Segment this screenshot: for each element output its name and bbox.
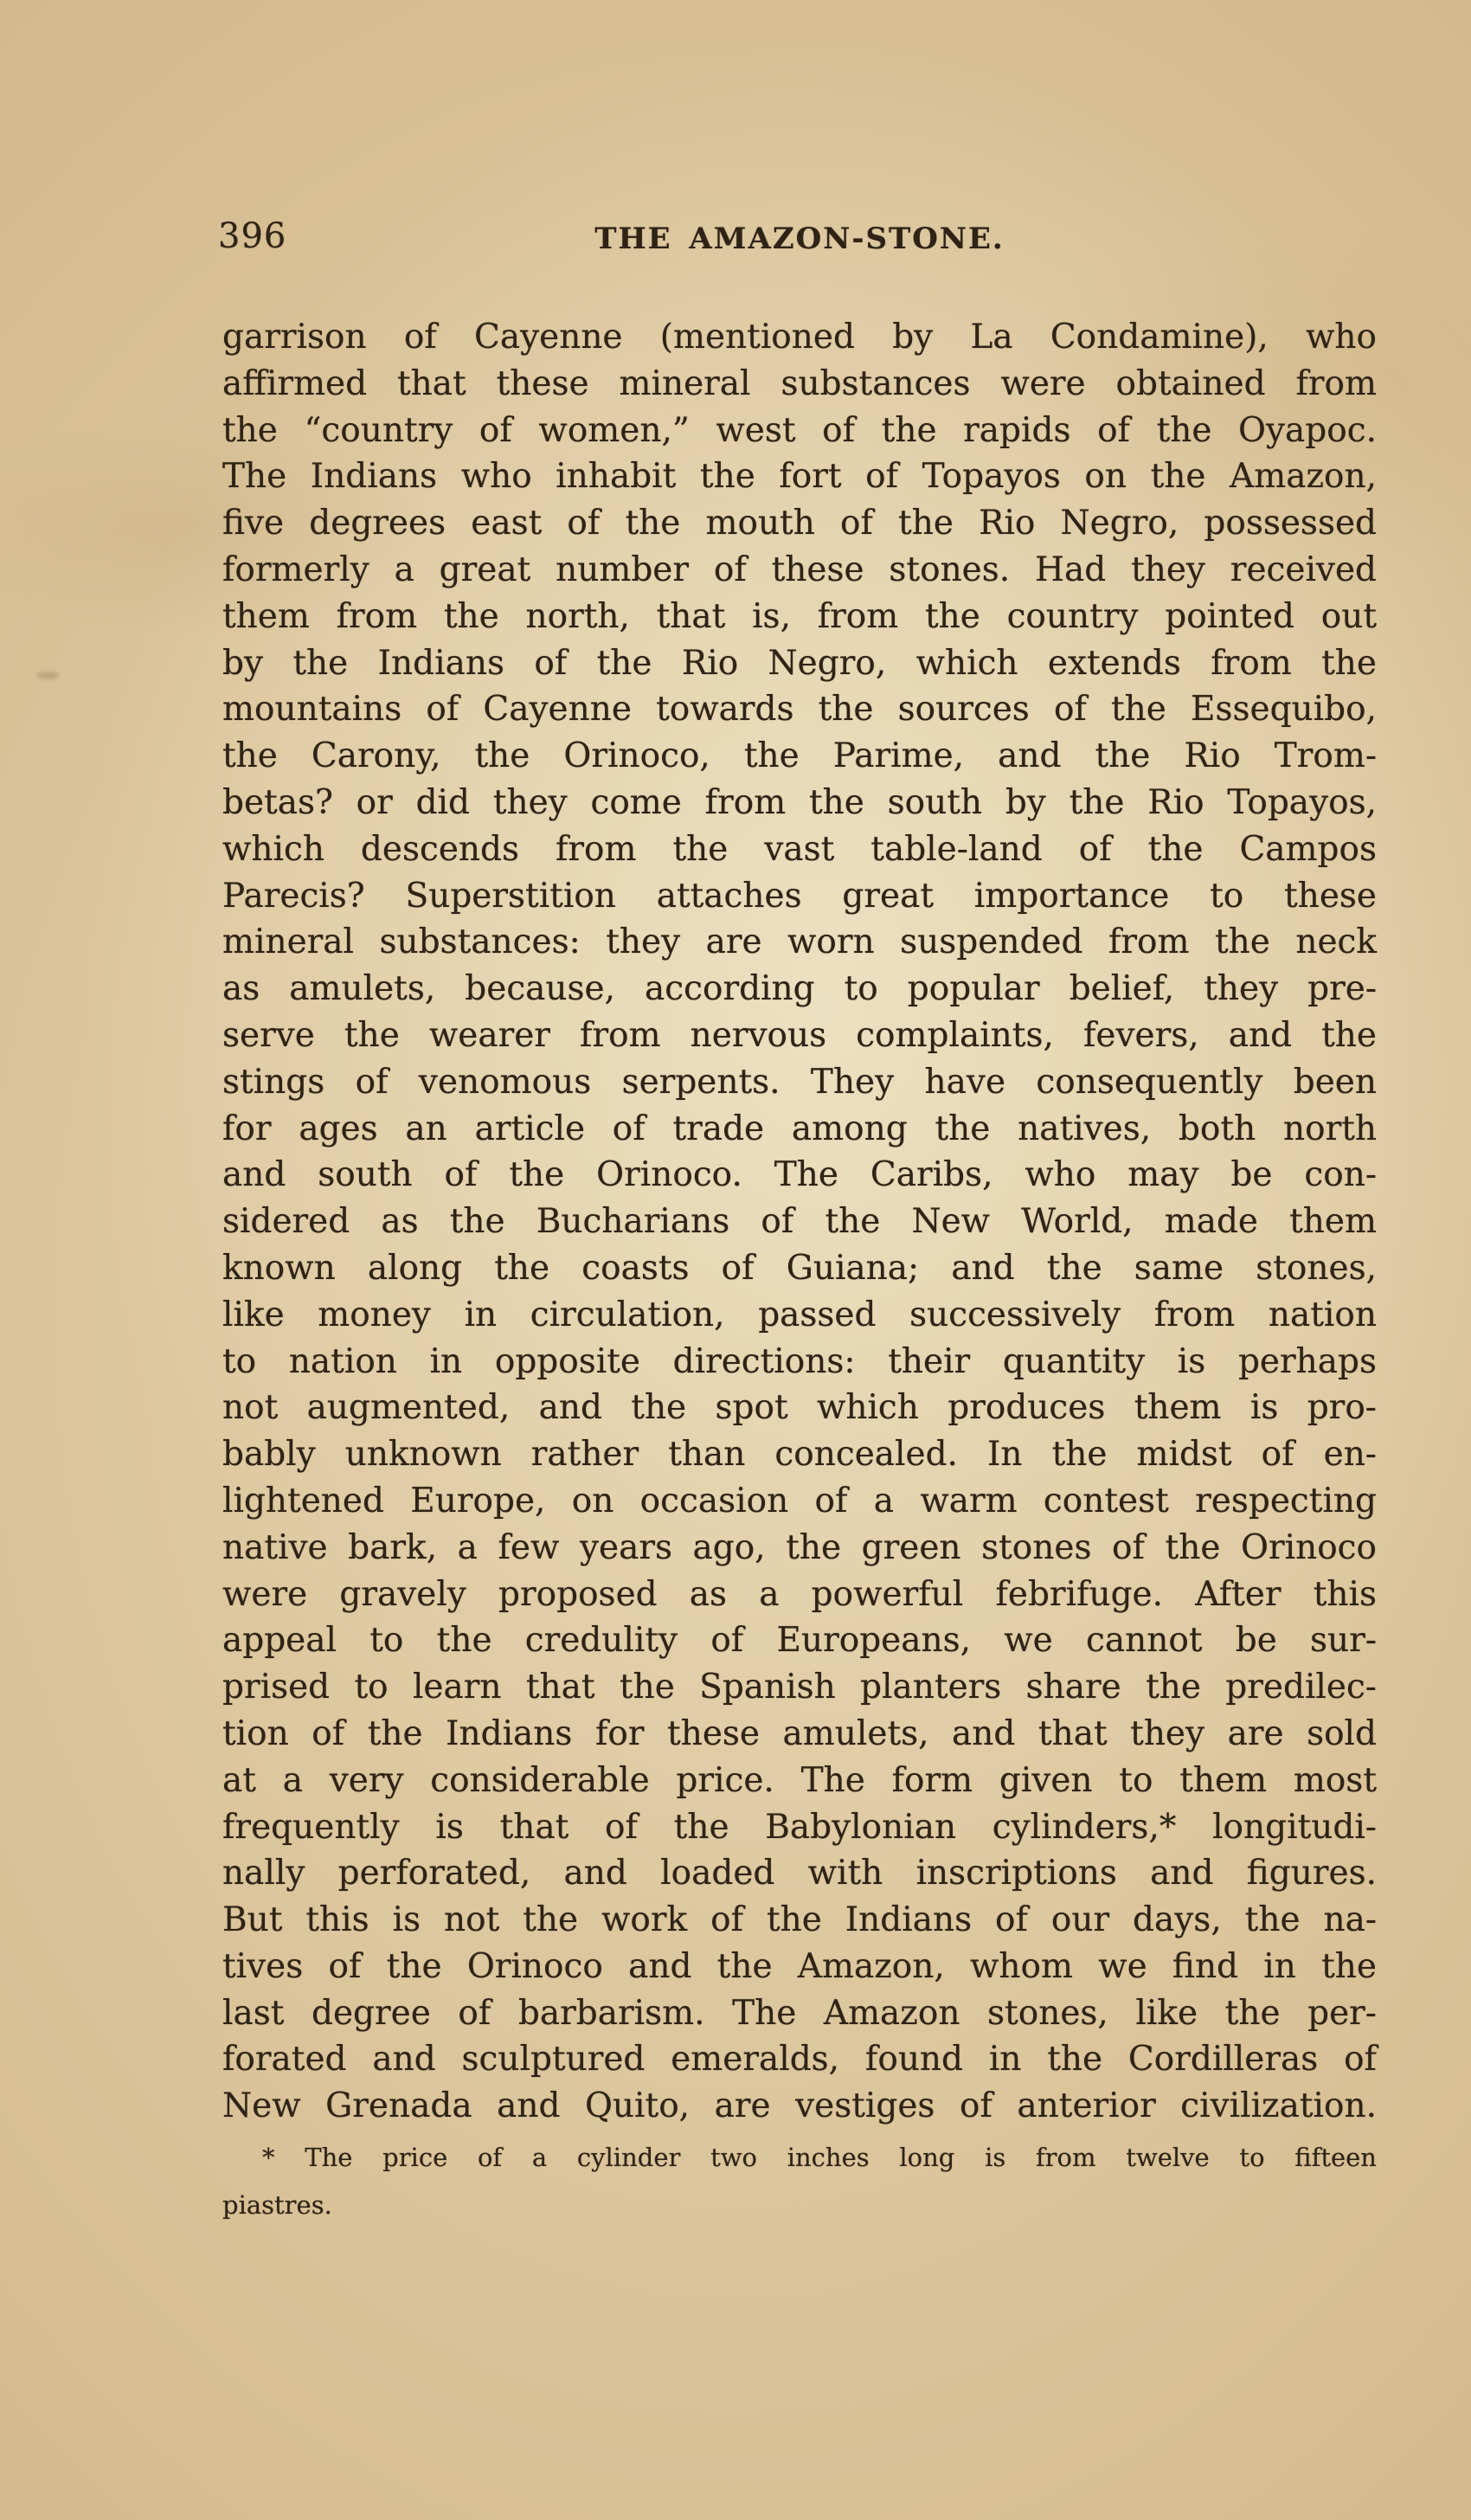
body-text: garrison of Cayenne (mentioned by La Con… (222, 314, 1377, 2130)
footnote: * The price of a cylinder two inches lon… (222, 2134, 1377, 2229)
text-line: them from the north, that is, from the c… (222, 594, 1377, 640)
text-line: for ages an article of trade among the n… (222, 1106, 1377, 1153)
book-page: 396 THE AMAZON-STONE. garrison of Cayenn… (0, 0, 1471, 2520)
text-line: But this is not the work of the Indians … (222, 1897, 1377, 1944)
text-line: affirmed that these mineral substances w… (222, 361, 1377, 408)
text-line: at a very considerable price. The form g… (222, 1758, 1377, 1804)
text-line: garrison of Cayenne (mentioned by La Con… (222, 314, 1377, 361)
text-line: by the Indians of the Rio Negro, which e… (222, 640, 1377, 687)
text-line: native bark, a few years ago, the green … (222, 1525, 1377, 1572)
footnote-line-1: * The price of a cylinder two inches lon… (222, 2134, 1377, 2182)
text-line: known along the coasts of Guiana; and th… (222, 1245, 1377, 1292)
text-line: the Carony, the Orinoco, the Parime, and… (222, 733, 1377, 780)
text-line: nally perforated, and loaded with inscri… (222, 1850, 1377, 1897)
text-line: the “country of women,” west of the rapi… (222, 408, 1377, 454)
text-line: frequently is that of the Babylonian cyl… (222, 1804, 1377, 1851)
paper-speck (36, 672, 59, 679)
text-line: prised to learn that the Spanish planter… (222, 1664, 1377, 1711)
text-line: bably unknown rather than concealed. In … (222, 1431, 1377, 1478)
page-header: 396 THE AMAZON-STONE. (222, 216, 1377, 260)
text-line: which descends from the vast table-land … (222, 826, 1377, 873)
text-line: as amulets, because, according to popula… (222, 966, 1377, 1012)
text-line: forated and sculptured emeralds, found i… (222, 2036, 1377, 2083)
text-line: lightened Europe, on occasion of a warm … (222, 1478, 1377, 1525)
text-line: mineral substances: they are worn suspen… (222, 919, 1377, 966)
text-line: and south of the Orinoco. The Caribs, wh… (222, 1152, 1377, 1199)
text-line: Parecis? Superstition attaches great imp… (222, 873, 1377, 920)
text-line: betas? or did they come from the south b… (222, 780, 1377, 826)
footnote-line-2: piastres. (222, 2182, 1377, 2229)
text-line: tives of the Orinoco and the Amazon, who… (222, 1944, 1377, 1990)
text-line: five degrees east of the mouth of the Ri… (222, 500, 1377, 547)
text-line: like money in circulation, passed succes… (222, 1292, 1377, 1339)
text-line: sidered as the Bucharians of the New Wor… (222, 1199, 1377, 1245)
text-line: New Grenada and Quito, are vestiges of a… (222, 2083, 1377, 2130)
text-line: last degree of barbarism. The Amazon sto… (222, 1990, 1377, 2037)
running-title: THE AMAZON-STONE. (222, 222, 1377, 256)
text-line: The Indians who inhabit the fort of Topa… (222, 453, 1377, 500)
text-line: appeal to the credulity of Europeans, we… (222, 1617, 1377, 1664)
text-line: were gravely proposed as a powerful febr… (222, 1572, 1377, 1618)
text-line: to nation in opposite directions: their … (222, 1339, 1377, 1385)
text-line: mountains of Cayenne towards the sources… (222, 686, 1377, 733)
text-line: not augmented, and the spot which produc… (222, 1385, 1377, 1431)
text-line: tion of the Indians for these amulets, a… (222, 1711, 1377, 1758)
text-line: serve the wearer from nervous complaints… (222, 1012, 1377, 1059)
text-line: stings of venomous serpents. They have c… (222, 1059, 1377, 1106)
text-line: formerly a great number of these stones.… (222, 547, 1377, 594)
